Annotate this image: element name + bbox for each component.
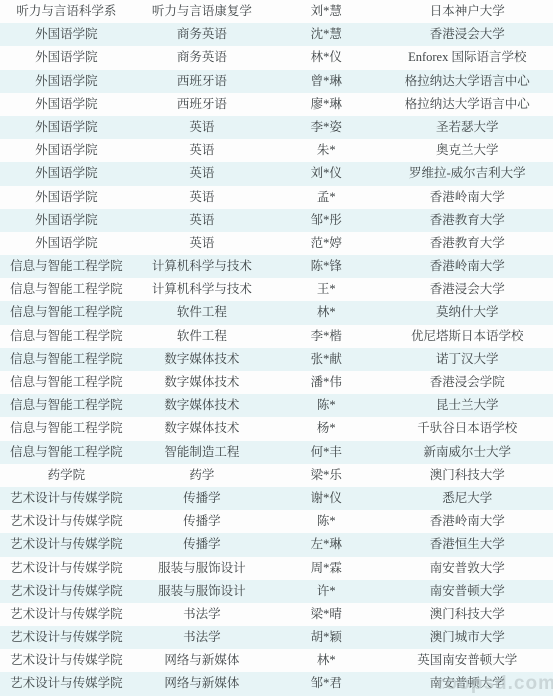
college-cell: 外国语学院 bbox=[0, 70, 133, 93]
table-row: 药学院药学梁*乐澳门科技大学 bbox=[0, 464, 553, 487]
college-cell: 信息与智能工程学院 bbox=[0, 278, 133, 301]
major-cell: 英语 bbox=[133, 139, 271, 162]
college-cell: 艺术设计与传媒学院 bbox=[0, 533, 133, 556]
university-cell: 格拉纳达大学语言中心 bbox=[382, 93, 553, 116]
college-cell: 外国语学院 bbox=[0, 232, 133, 255]
student-name-cell: 潘*伟 bbox=[271, 371, 382, 394]
college-cell: 外国语学院 bbox=[0, 46, 133, 69]
table-row: 信息与智能工程学院计算机科学与技术陈*锋香港岭南大学 bbox=[0, 255, 553, 278]
university-cell: 英国南安普顿大学 bbox=[382, 649, 553, 672]
major-cell: 药学 bbox=[133, 464, 271, 487]
university-cell: 香港岭南大学 bbox=[382, 255, 553, 278]
student-name-cell: 沈*慧 bbox=[271, 23, 382, 46]
table-row: 信息与智能工程学院软件工程李*楷优尼塔斯日本语学校 bbox=[0, 325, 553, 348]
major-cell: 英语 bbox=[133, 209, 271, 232]
university-cell: 澳门科技大学 bbox=[382, 603, 553, 626]
college-cell: 艺术设计与传媒学院 bbox=[0, 580, 133, 603]
major-cell: 服装与服饰设计 bbox=[133, 580, 271, 603]
university-cell: 澳门城市大学 bbox=[382, 626, 553, 649]
major-cell: 智能制造工程 bbox=[133, 441, 271, 464]
student-name-cell: 林* bbox=[271, 649, 382, 672]
admissions-table-page: 听力与言语科学系听力与言语康复学刘*慧日本神户大学外国语学院商务英语沈*慧香港浸… bbox=[0, 0, 553, 696]
major-cell: 商务英语 bbox=[133, 46, 271, 69]
student-name-cell: 梁*乐 bbox=[271, 464, 382, 487]
university-cell: 悉尼大学 bbox=[382, 487, 553, 510]
student-name-cell: 左*琳 bbox=[271, 533, 382, 556]
college-cell: 艺术设计与传媒学院 bbox=[0, 557, 133, 580]
student-name-cell: 曾*琳 bbox=[271, 70, 382, 93]
student-name-cell: 陈*锋 bbox=[271, 255, 382, 278]
student-name-cell: 朱* bbox=[271, 139, 382, 162]
major-cell: 英语 bbox=[133, 162, 271, 185]
college-cell: 艺术设计与传媒学院 bbox=[0, 626, 133, 649]
student-name-cell: 何*丰 bbox=[271, 441, 382, 464]
college-cell: 信息与智能工程学院 bbox=[0, 417, 133, 440]
table-row: 外国语学院英语李*姿圣若瑟大学 bbox=[0, 116, 553, 139]
college-cell: 艺术设计与传媒学院 bbox=[0, 672, 133, 695]
table-row: 外国语学院英语范*婷香港教育大学 bbox=[0, 232, 553, 255]
major-cell: 服装与服饰设计 bbox=[133, 557, 271, 580]
student-name-cell: 刘*仪 bbox=[271, 162, 382, 185]
university-cell: 奥克兰大学 bbox=[382, 139, 553, 162]
university-cell: 香港浸会大学 bbox=[382, 23, 553, 46]
table-row: 外国语学院英语刘*仪罗维拉-威尔吉利大学 bbox=[0, 162, 553, 185]
major-cell: 听力与言语康复学 bbox=[133, 0, 271, 23]
major-cell: 传播学 bbox=[133, 487, 271, 510]
table-row: 艺术设计与传媒学院服装与服饰设计周*霖南安普敦大学 bbox=[0, 557, 553, 580]
college-cell: 听力与言语科学系 bbox=[0, 0, 133, 23]
table-row: 艺术设计与传媒学院传播学左*琳香港恒生大学 bbox=[0, 533, 553, 556]
major-cell: 英语 bbox=[133, 232, 271, 255]
university-cell: 南安普敦大学 bbox=[382, 557, 553, 580]
student-name-cell: 李*楷 bbox=[271, 325, 382, 348]
college-cell: 信息与智能工程学院 bbox=[0, 255, 133, 278]
university-cell: 日本神户大学 bbox=[382, 0, 553, 23]
table-row: 听力与言语科学系听力与言语康复学刘*慧日本神户大学 bbox=[0, 0, 553, 23]
table-row: 艺术设计与传媒学院传播学谢*仪悉尼大学 bbox=[0, 487, 553, 510]
major-cell: 网络与新媒体 bbox=[133, 672, 271, 695]
university-cell: 南安普顿大学 bbox=[382, 580, 553, 603]
university-cell: 诺丁汉大学 bbox=[382, 348, 553, 371]
university-cell: 香港教育大学 bbox=[382, 232, 553, 255]
major-cell: 传播学 bbox=[133, 510, 271, 533]
table-row: 艺术设计与传媒学院书法学梁*晴澳门科技大学 bbox=[0, 603, 553, 626]
table-row: 信息与智能工程学院数字媒体技术杨*千驮谷日本语学校 bbox=[0, 417, 553, 440]
table-row: 信息与智能工程学院数字媒体技术张*献诺丁汉大学 bbox=[0, 348, 553, 371]
college-cell: 外国语学院 bbox=[0, 93, 133, 116]
table-row: 信息与智能工程学院数字媒体技术潘*伟香港浸会学院 bbox=[0, 371, 553, 394]
student-name-cell: 孟* bbox=[271, 186, 382, 209]
college-cell: 信息与智能工程学院 bbox=[0, 441, 133, 464]
major-cell: 软件工程 bbox=[133, 325, 271, 348]
table-row: 外国语学院商务英语沈*慧香港浸会大学 bbox=[0, 23, 553, 46]
college-cell: 信息与智能工程学院 bbox=[0, 348, 133, 371]
university-cell: 香港教育大学 bbox=[382, 209, 553, 232]
student-name-cell: 许* bbox=[271, 580, 382, 603]
college-cell: 外国语学院 bbox=[0, 209, 133, 232]
student-name-cell: 陈* bbox=[271, 510, 382, 533]
table-row: 艺术设计与传媒学院书法学胡*颖澳门城市大学 bbox=[0, 626, 553, 649]
major-cell: 数字媒体技术 bbox=[133, 417, 271, 440]
major-cell: 计算机科学与技术 bbox=[133, 278, 271, 301]
table-row: 信息与智能工程学院智能制造工程何*丰新南威尔士大学 bbox=[0, 441, 553, 464]
university-cell: 圣若瑟大学 bbox=[382, 116, 553, 139]
university-cell: 澳门科技大学 bbox=[382, 464, 553, 487]
university-cell: 千驮谷日本语学校 bbox=[382, 417, 553, 440]
table-row: 外国语学院英语朱*奥克兰大学 bbox=[0, 139, 553, 162]
student-name-cell: 谢*仪 bbox=[271, 487, 382, 510]
student-name-cell: 廖*琳 bbox=[271, 93, 382, 116]
major-cell: 网络与新媒体 bbox=[133, 649, 271, 672]
college-cell: 外国语学院 bbox=[0, 116, 133, 139]
major-cell: 英语 bbox=[133, 116, 271, 139]
major-cell: 计算机科学与技术 bbox=[133, 255, 271, 278]
major-cell: 西班牙语 bbox=[133, 70, 271, 93]
college-cell: 艺术设计与传媒学院 bbox=[0, 603, 133, 626]
table-row: 艺术设计与传媒学院网络与新媒体邹*君南安普顿大学 bbox=[0, 672, 553, 695]
university-cell: 莫纳什大学 bbox=[382, 301, 553, 324]
major-cell: 数字媒体技术 bbox=[133, 371, 271, 394]
table-row: 艺术设计与传媒学院网络与新媒体林*英国南安普顿大学 bbox=[0, 649, 553, 672]
major-cell: 书法学 bbox=[133, 626, 271, 649]
college-cell: 外国语学院 bbox=[0, 186, 133, 209]
student-name-cell: 林* bbox=[271, 301, 382, 324]
table-row: 外国语学院商务英语林*仪Enforex 国际语言学校 bbox=[0, 46, 553, 69]
student-name-cell: 范*婷 bbox=[271, 232, 382, 255]
college-cell: 外国语学院 bbox=[0, 23, 133, 46]
major-cell: 书法学 bbox=[133, 603, 271, 626]
college-cell: 信息与智能工程学院 bbox=[0, 371, 133, 394]
college-cell: 信息与智能工程学院 bbox=[0, 394, 133, 417]
college-cell: 信息与智能工程学院 bbox=[0, 301, 133, 324]
table-row: 外国语学院英语邹*彤香港教育大学 bbox=[0, 209, 553, 232]
student-name-cell: 邹*彤 bbox=[271, 209, 382, 232]
college-cell: 信息与智能工程学院 bbox=[0, 325, 133, 348]
university-cell: 格拉纳达大学语言中心 bbox=[382, 70, 553, 93]
major-cell: 西班牙语 bbox=[133, 93, 271, 116]
table-row: 外国语学院英语孟*香港岭南大学 bbox=[0, 186, 553, 209]
college-cell: 艺术设计与传媒学院 bbox=[0, 487, 133, 510]
university-cell: 新南威尔士大学 bbox=[382, 441, 553, 464]
university-cell: 香港岭南大学 bbox=[382, 186, 553, 209]
university-cell: 香港岭南大学 bbox=[382, 510, 553, 533]
student-name-cell: 胡*颖 bbox=[271, 626, 382, 649]
college-cell: 艺术设计与传媒学院 bbox=[0, 510, 133, 533]
major-cell: 数字媒体技术 bbox=[133, 348, 271, 371]
university-cell: 香港浸会大学 bbox=[382, 278, 553, 301]
student-name-cell: 邹*君 bbox=[271, 672, 382, 695]
major-cell: 数字媒体技术 bbox=[133, 394, 271, 417]
admissions-table: 听力与言语科学系听力与言语康复学刘*慧日本神户大学外国语学院商务英语沈*慧香港浸… bbox=[0, 0, 553, 696]
university-cell: 罗维拉-威尔吉利大学 bbox=[382, 162, 553, 185]
student-name-cell: 陈* bbox=[271, 394, 382, 417]
student-name-cell: 王* bbox=[271, 278, 382, 301]
student-name-cell: 李*姿 bbox=[271, 116, 382, 139]
table-row: 信息与智能工程学院软件工程林*莫纳什大学 bbox=[0, 301, 553, 324]
university-cell: 南安普顿大学 bbox=[382, 672, 553, 695]
major-cell: 商务英语 bbox=[133, 23, 271, 46]
table-row: 外国语学院西班牙语曾*琳格拉纳达大学语言中心 bbox=[0, 70, 553, 93]
university-cell: 优尼塔斯日本语学校 bbox=[382, 325, 553, 348]
table-row: 信息与智能工程学院计算机科学与技术王*香港浸会大学 bbox=[0, 278, 553, 301]
table-row: 艺术设计与传媒学院传播学陈*香港岭南大学 bbox=[0, 510, 553, 533]
student-name-cell: 杨* bbox=[271, 417, 382, 440]
university-cell: 香港浸会学院 bbox=[382, 371, 553, 394]
student-name-cell: 刘*慧 bbox=[271, 0, 382, 23]
table-row: 信息与智能工程学院数字媒体技术陈*昆士兰大学 bbox=[0, 394, 553, 417]
student-name-cell: 张*献 bbox=[271, 348, 382, 371]
college-cell: 药学院 bbox=[0, 464, 133, 487]
table-row: 艺术设计与传媒学院服装与服饰设计许*南安普顿大学 bbox=[0, 580, 553, 603]
college-cell: 艺术设计与传媒学院 bbox=[0, 649, 133, 672]
college-cell: 外国语学院 bbox=[0, 139, 133, 162]
student-name-cell: 梁*晴 bbox=[271, 603, 382, 626]
university-cell: 香港恒生大学 bbox=[382, 533, 553, 556]
student-name-cell: 林*仪 bbox=[271, 46, 382, 69]
major-cell: 传播学 bbox=[133, 533, 271, 556]
college-cell: 外国语学院 bbox=[0, 162, 133, 185]
table-row: 外国语学院西班牙语廖*琳格拉纳达大学语言中心 bbox=[0, 93, 553, 116]
major-cell: 软件工程 bbox=[133, 301, 271, 324]
university-cell: Enforex 国际语言学校 bbox=[382, 46, 553, 69]
major-cell: 英语 bbox=[133, 186, 271, 209]
university-cell: 昆士兰大学 bbox=[382, 394, 553, 417]
student-name-cell: 周*霖 bbox=[271, 557, 382, 580]
